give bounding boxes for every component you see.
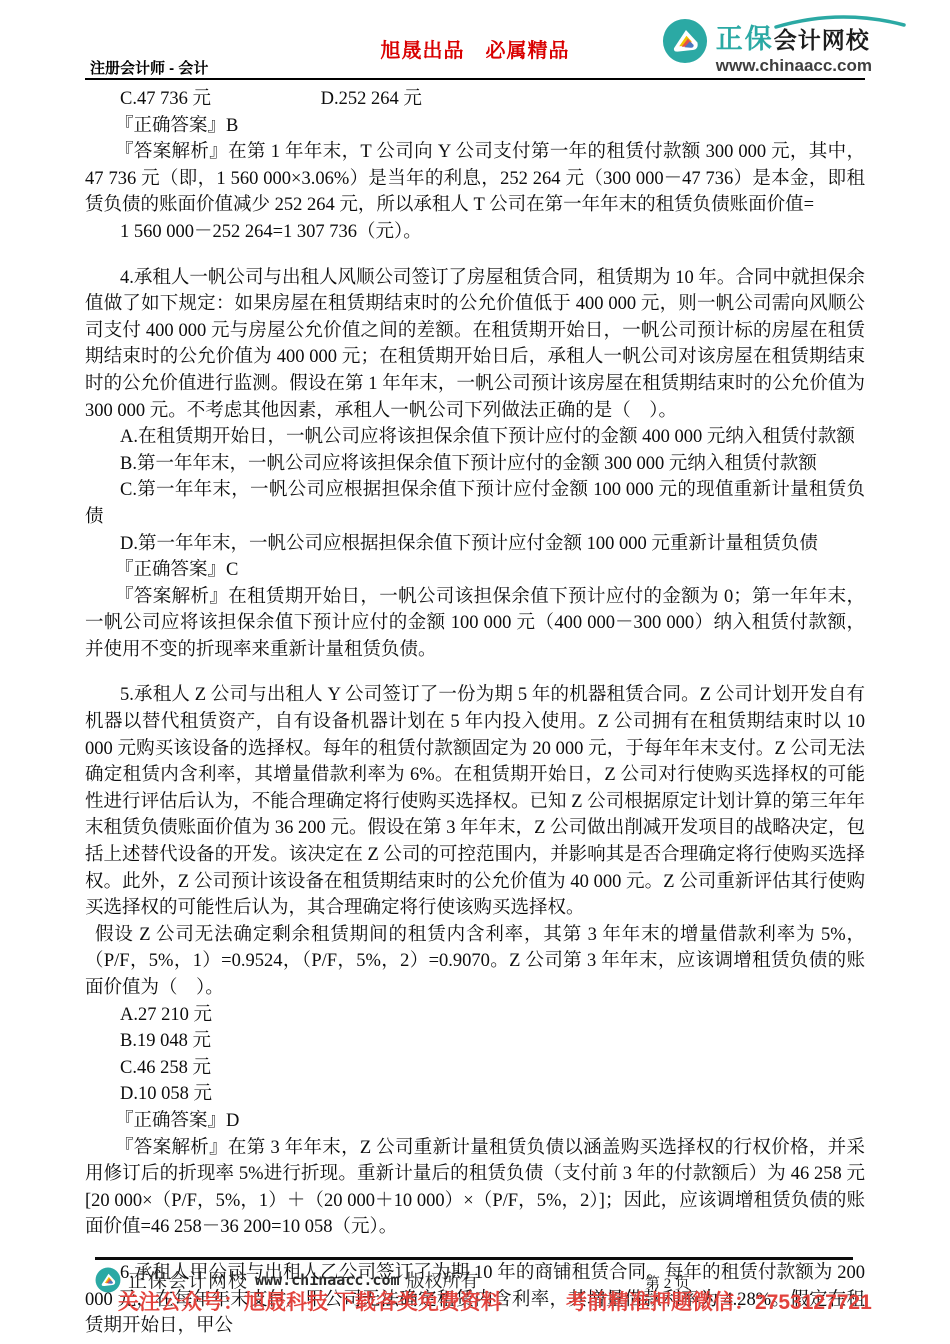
q4-option-a: A.在租赁期开始日，一帆公司应将该担保余值下预计应付的金额 400 000 元纳… bbox=[85, 424, 865, 451]
brand-logo: 正保 会计网校 www.chinaacc.com bbox=[662, 18, 872, 76]
q5-answer-line: 『正确答案』D bbox=[85, 1108, 865, 1135]
brand-swoosh-icon bbox=[774, 14, 906, 30]
q5-analysis-paragraph: 『答案解析』在第 3 年年末，Z 公司重新计量租赁负债以涵盖购买选择权的行权价格… bbox=[85, 1135, 865, 1241]
footer-rule bbox=[95, 1257, 853, 1260]
header-rule bbox=[85, 78, 865, 80]
q5-option-b: B.19 048 元 bbox=[85, 1028, 865, 1055]
chinaacc-logo-icon bbox=[662, 18, 708, 64]
q4-option-c: C.第一年年末，一帆公司应根据担保余值下预计应付金额 100 000 元的现值重… bbox=[85, 477, 865, 530]
q4-stem: 4.承租人一帆公司与出租人风顺公司签订了房屋租赁合同，租赁期为 10 年。合同中… bbox=[85, 265, 865, 425]
brand-url: www.chinaacc.com bbox=[716, 56, 872, 76]
q5-option-a: A.27 210 元 bbox=[85, 1002, 865, 1029]
brand-name-black: 会计网校 bbox=[774, 29, 870, 52]
prev-options-row: C.47 736 元 D.252 264 元 bbox=[85, 86, 865, 113]
brand-name-teal: 正保 bbox=[716, 26, 774, 53]
document-page: 旭晟出品 必属精品 正保 会计网校 www.chinaacc.com 注册会计师… bbox=[0, 0, 950, 1344]
q5-option-d: D.10 058 元 bbox=[85, 1081, 865, 1108]
promo-right-text: 考前精准押题微信：2753127721 bbox=[566, 1286, 872, 1316]
q4-analysis-paragraph: 『答案解析』在租赁期开始日，一帆公司该担保余值下预计应付的金额为 0；第一年年末… bbox=[85, 584, 865, 664]
q4-answer-line: 『正确答案』C bbox=[85, 557, 865, 584]
doc-title: 注册会计师 - 会计 bbox=[90, 57, 208, 78]
document-body: C.47 736 元 D.252 264 元 『正确答案』B 『答案解析』在第 … bbox=[85, 86, 865, 1340]
q4-option-d: D.第一年年末，一帆公司应根据担保余值下预计应付金额 100 000 元重新计量… bbox=[85, 531, 865, 558]
q4-option-b: B.第一年年末，一帆公司应将该担保余值下预计应付的金额 300 000 元纳入租… bbox=[85, 451, 865, 478]
option-d: D.252 264 元 bbox=[321, 89, 422, 109]
prev-analysis-paragraph: 『答案解析』在第 1 年年末，T 公司向 Y 公司支付第一年的租赁付款额 300… bbox=[85, 139, 865, 219]
q5-option-c: C.46 258 元 bbox=[85, 1055, 865, 1082]
prev-answer-line: 『正确答案』B bbox=[85, 113, 865, 140]
q5-stem: 5.承租人 Z 公司与出租人 Y 公司签订了一份为期 5 年的机器租赁合同。Z … bbox=[85, 682, 865, 921]
promo-left-text: 关注公众号：旭晟科技 下载各类免费资料 bbox=[118, 1286, 502, 1316]
q5-stem-2: 假设 Z 公司无法确定剩余租赁期间的租赁内含利率，其第 3 年年末的增量借款利率… bbox=[85, 922, 865, 1002]
prev-calculation-line: 1 560 000－252 264=1 307 736（元）。 bbox=[85, 219, 865, 246]
option-c: C.47 736 元 bbox=[120, 86, 316, 113]
